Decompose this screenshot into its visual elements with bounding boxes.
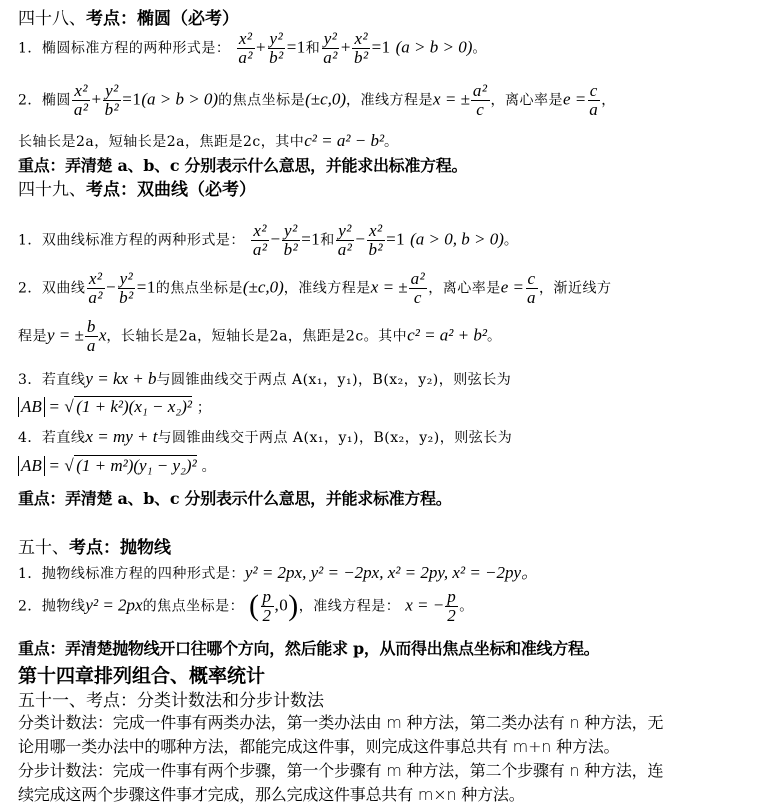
- section-heading: 考点：椭圆（必考）: [86, 9, 239, 29]
- s51-para-1-line-2: 论用哪一类办法中的哪种方法，都能完成这件事，则完成这件事总共有 m+n 种方法。: [18, 734, 619, 757]
- s48-item-2-line-2: 长轴长是2a，短轴长是2a，焦距是2c，其中c² = a² − b²。: [18, 131, 399, 151]
- section-48-title: 四十八、考点：椭圆（必考）: [18, 4, 239, 29]
- s50-item-2: 2．抛物线y² = 2px的焦点坐标是： (p2,0)，准线方程是： x = −…: [18, 588, 474, 625]
- fraction: y²a²: [321, 30, 340, 67]
- s49-item-4: 4．若直线x = my + t与圆锥曲线交于两点 A(x₁，y₁)，B(x₂，y…: [18, 427, 512, 447]
- s51-para-2-line-1: 分步计数法：完成一件事有两个步骤，第一个步骤有 m 种方法，第二个步骤有 n 种…: [18, 758, 663, 781]
- section-51-title: 五十一、考点：分类计数法和分步计数法: [18, 686, 324, 711]
- s49-item-2: 2．双曲线x²a²−y²b²=1的焦点坐标是(±c,0)，准线方程是x = ±a…: [18, 270, 612, 307]
- section-49-title: 四十九、考点：双曲线（必考）: [18, 175, 256, 200]
- section-50-title: 五十、考点：抛物线: [18, 533, 171, 558]
- s49-item-4-formula: AB = √(1 + m²)(y₁ − y₂)² 。: [18, 455, 216, 476]
- s48-item-2: 2．椭圆x²a²+y²b²=1(a > b > 0)的焦点坐标是(±c,0)，准…: [18, 82, 616, 119]
- s50-key-point: 重点：弄清楚抛物线开口往哪个方向，然后能求 p，从而得出焦点坐标和准线方程。: [18, 636, 599, 659]
- s49-item-1: 1．双曲线标准方程的两种形式是： x²a²−y²b²=1和y²a²−x²b²=1…: [18, 222, 518, 259]
- fraction: x²b²: [352, 30, 371, 67]
- s51-para-2-line-2: 续完成这两个步骤这件事才完成，那么完成这件事总共有 m×n 种方法。: [18, 782, 525, 805]
- s48-item-1: 1．椭圆标准方程的两种形式是： x²a²+y²b²=1和y²a²+x²b²=1 …: [18, 30, 487, 67]
- chapter-14-title: 第十四章排列组合、概率统计: [18, 661, 265, 688]
- s51-para-1-line-1: 分类计数法：完成一件事有两类办法，第一类办法由 m 种方法，第二类办法有 n 种…: [18, 710, 663, 733]
- condition: (a > b > 0): [396, 37, 473, 56]
- s49-key-point: 重点：弄清楚 a、b、c 分别表示什么意思，并能求标准方程。: [18, 486, 451, 509]
- s48-key-point: 重点：弄清楚 a、b、c 分别表示什么意思，并能求出标准方程。: [18, 153, 467, 176]
- s50-item-1: 1．抛物线标准方程的四种形式是：y² = 2px, y² = −2px, x² …: [18, 558, 538, 583]
- s49-item-2-line-2: 程是y = ±bax，长轴长是2a，短轴长是2a，焦距是2c。其中c² = a²…: [18, 318, 501, 355]
- fraction: x²a²: [236, 30, 255, 67]
- s49-item-3: 3．若直线y = kx + b与圆锥曲线交于两点 A(x₁，y₁)，B(x₂，y…: [18, 369, 511, 389]
- s49-item-3-formula: AB = √(1 + k²)(x₁ − x₂)² ；: [18, 396, 211, 417]
- item-text: 1．椭圆标准方程的两种形式是：: [18, 40, 230, 56]
- section-number: 四十八、: [18, 9, 86, 29]
- fraction: y²b²: [267, 30, 286, 67]
